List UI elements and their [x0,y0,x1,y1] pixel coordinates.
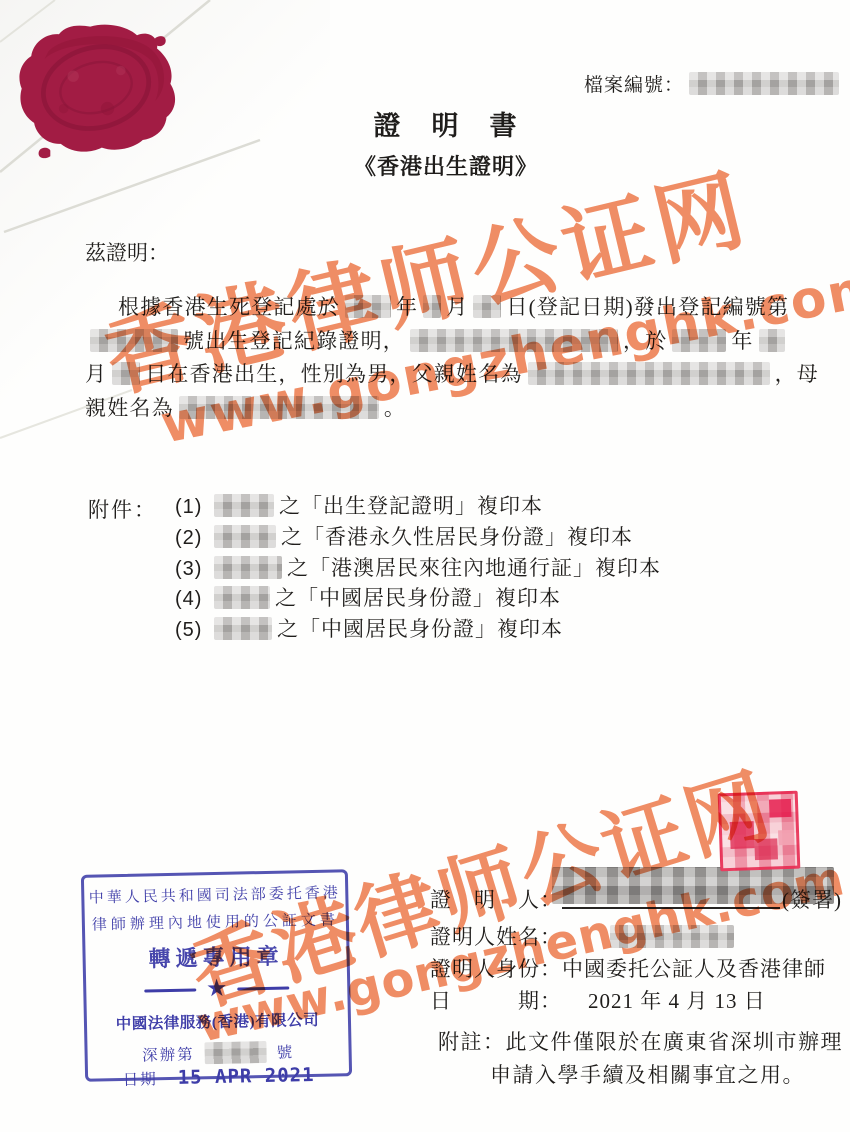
text-segment: 日在香港出生，性別為男，父親姓名為 [145,362,522,386]
redaction-patch [179,396,379,419]
stamp-serial-redaction [204,1041,266,1064]
text-segment: 月 [446,295,468,319]
text-segment: 年 [396,295,418,319]
certify-date-row: 日 期：2021 年 4 月 13 日 [430,985,766,1015]
certifier-label: 證 明 人： [430,888,562,912]
attachment-number: (1) [175,492,209,523]
redaction-patch [345,295,391,318]
file-number-label: 檔案編號： [584,75,684,96]
stamp-date-label: 日期 [123,1071,158,1089]
text-segment: ，於 [623,329,667,353]
attachment-item: (2)之「香港永久性居民身份證」複印本 [175,522,661,553]
intro-text: 茲證明： [85,237,169,267]
attachments-label: 附件： [88,494,157,524]
stamp-line-1: 中華人民共和國司法部委托香港 [84,881,345,907]
title-block: 證 明 書 《香港出生證明》 [0,104,850,181]
redaction-patch [473,295,501,318]
attachment-item: (3)之「港澳居民來往內地通行証」複印本 [175,553,661,584]
document-page: 檔案編號： 證 明 書 《香港出生證明》 茲證明： 根據香港生死登記處於年月日(… [0,0,850,1132]
attachment-item: (1)之「出生登記證明」複印本 [175,491,661,522]
text-segment: 根據香港生死登記處於 [118,295,340,319]
text-segment: 號出生登記紀錄證明， [183,329,405,353]
stamp-company: 中國法律服務(香港)有限公司 [87,1007,348,1034]
sign-suffix: (簽署) [782,888,842,912]
text-segment: 。 [384,396,406,420]
stamp-title: 轉遞專用章 [85,938,347,974]
text-segment: 月 [85,362,107,386]
attachment-text: 之「出生登記證明」複印本 [279,494,543,518]
text-segment: 親姓名為 [85,396,174,420]
file-number-redaction [689,72,839,95]
mosaic-cell [769,799,792,818]
certifier-identity-value: 中國委托公証人及香港律師 [562,957,826,981]
signature-line [562,885,780,909]
stamp-serial-suffix: 號 [276,1044,294,1061]
note-block: 附註：此文件僅限於在廣東省深圳市辦理 申請入學手續及相關事宜之用。 [438,1026,843,1092]
star-icon: ★ [206,979,228,999]
stamp-divider: ★ [86,975,347,1002]
attachment-name-redaction [214,556,282,579]
file-number-row: 檔案編號： [584,70,844,97]
stamp-line-2: 律師辦理內地使用的公証文書 [85,908,346,934]
certifier-name-label: 證明人姓名： [430,925,562,949]
redaction-patch [528,362,770,385]
redaction-patch [112,362,140,385]
page-subtitle: 《香港出生證明》 [0,150,850,181]
certify-date-value: 2021 年 4 月 13 日 [588,989,766,1013]
attachment-name-redaction [214,494,274,517]
attachment-text: 之「中國居民身份證」複印本 [277,617,563,641]
certifier-name-redaction [610,925,734,948]
redaction-patch [672,329,726,352]
attachment-number: (2) [175,523,209,554]
text-segment: 年 [731,329,753,353]
redaction-patch [410,329,618,352]
stamp-date-value: 15 APR 2021 [177,1064,314,1089]
attachment-name-redaction [214,586,270,609]
certify-date-label: 日 期： [430,989,562,1013]
attachment-name-redaction [214,617,272,640]
red-seal-stamp-redacted [718,791,801,872]
certify-line: 月日在香港出生，性別為男，父親姓名為，母 [85,358,850,392]
certifier-row: 證 明 人：(簽署) [430,884,842,914]
attachment-number: (4) [175,584,209,615]
note-line-1: 附註：此文件僅限於在廣東省深圳市辦理 [438,1026,843,1059]
text-segment: 日(登記日期)發出登記編號第 [506,295,789,319]
mosaic-cell [754,838,778,860]
certify-line: 親姓名為。 [85,392,850,426]
certifier-name-row: 證明人姓名： [430,921,739,951]
redaction-patch [90,329,178,352]
attachments-list: (1)之「出生登記證明」複印本(2)之「香港永久性居民身份證」複印本(3)之「港… [175,491,661,645]
certifier-identity-row: 證明人身份：中國委托公証人及香港律師 [430,953,826,983]
certify-paragraph: 根據香港生死登記處於年月日(登記日期)發出登記編號第 號出生登記紀錄證明，，於年… [85,291,850,425]
divider-bar [144,988,196,992]
mosaic-cell [778,830,795,846]
attachment-text: 之「香港永久性居民身份證」複印本 [281,525,633,549]
text-segment: ，母 [775,362,819,386]
attachment-text: 之「港澳居民來往內地通行証」複印本 [287,556,661,580]
redaction-patch [759,329,785,352]
certify-line: 根據香港生死登記處於年月日(登記日期)發出登記編號第 [85,291,850,325]
transfer-stamp: 中華人民共和國司法部委托香港 律師辦理內地使用的公証文書 轉遞專用章 ★ 中國法… [81,869,352,1082]
attachment-number: (3) [175,554,209,585]
certifier-identity-label: 證明人身份： [430,957,562,981]
stamp-date-row: 日期15 APR 2021 [88,1063,349,1090]
attachment-number: (5) [175,615,209,646]
attachment-item: (5)之「中國居民身份證」複印本 [175,614,661,645]
stamp-serial-prefix: 深辦第 [142,1046,195,1064]
attachment-item: (4)之「中國居民身份證」複印本 [175,583,661,614]
redaction-patch [423,295,441,318]
attachment-text: 之「中國居民身份證」複印本 [275,586,561,610]
attachment-name-redaction [214,525,276,548]
certify-line: 號出生登記紀錄證明，，於年 [85,325,850,359]
note-line-2: 申請入學手續及相關事宜之用。 [438,1059,843,1092]
mosaic-cell [730,821,755,849]
page-title: 證 明 書 [0,104,850,143]
stamp-serial-row: 深辦第號 [87,1039,348,1066]
divider-bar [237,986,289,990]
